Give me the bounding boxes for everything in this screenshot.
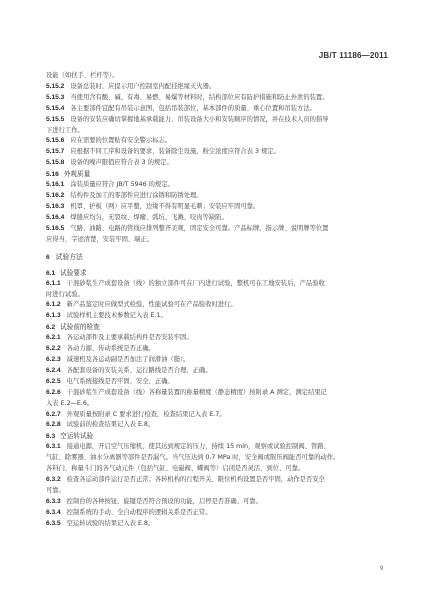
clause-line: 6.3.1接通电源，开启空气压缩机，使其达到规定的压力，持续 15 min，观察… (46, 442, 386, 453)
continuation-line: 各料门、称量斗门的各气动元件（包括气缸、电磁阀、蝶阀等）启闭是否灵活、到位、可靠… (46, 464, 386, 475)
clause-number: 6.3 (46, 431, 55, 442)
clause-number: 6.1.2 (46, 300, 61, 311)
clause-text: 各运动部件及主要承载结构件是否安装牢固。 (67, 334, 193, 341)
clause-line: 5.15.3当使用含有酸、碱、有毒、易燃、易爆等材料时，结构部位应有防护措施和防… (46, 93, 386, 104)
clause-number: 5.16.3 (46, 202, 64, 213)
clause-text: 入表 E.2—E.6。 (46, 400, 93, 407)
clause-number: 6.3.1 (46, 442, 61, 453)
clause-line: 6.2.7外观质量按附录 C 要求进行检查，检查结果记入表 E.7。 (46, 410, 386, 421)
clause-text: 应得当，字迹清楚，安装牢固、端正。 (46, 236, 153, 243)
page-number: 9 (380, 566, 383, 572)
clause-text: 减速机及各运动副是否加注了润滑油（脂）。 (67, 356, 190, 363)
clause-line: 5.16.1涂装质量应符合 JB/T 5946 的规定。 (46, 180, 386, 191)
clause-number: 6.3.2 (46, 475, 61, 486)
clause-text: 应根据不同工序和设备的要求，装备除尘设施，粉尘浓度应符合表 3 规定。 (70, 148, 280, 155)
clause-text: 接通电源，开启空气压缩机，使其达到规定的压力，持续 15 min，观察或试验控制… (67, 443, 330, 450)
clause-text: 各动力源、传动系统是否正确。 (67, 345, 155, 352)
clause-text: 控制系统的手动、全自动程序的逻辑关系是否正常。 (67, 509, 212, 516)
clause-line: 5.15.2设备总装时，应提示用户控制室内配挂绝缘灭火器。 (46, 82, 386, 93)
section-heading: 6.2试验前的检查 (46, 322, 386, 333)
clause-line: 5.16.2结构件及加工的零部件应进行涂锈和防锈处理。 (46, 191, 386, 202)
clause-line: 6.2.3减速机及各运动副是否加注了润滑油（脂）。 (46, 355, 386, 366)
section-heading: 6.1试验要求 (46, 268, 386, 279)
clause-line: 5.15.6应在需要的位置贴有安全警示标志。 (46, 136, 386, 147)
clause-line: 6.2.8试验前的检查结果记入表 E.8。 (46, 420, 386, 431)
clause-text: 检查各运动部件运行是否正常；各转机构的行程开关、限位机构设置是否牢固，动作是否安… (67, 476, 325, 483)
clause-text: 设能（如扶手、栏杆等）。 (46, 72, 118, 79)
clause-text: 电气系统接线是否牢固、安全、正确。 (67, 378, 174, 385)
clause-text: 气缸、除雾器、油水分离器等部件是否漏气。当气压达到 0.7 MPa 时，安全阀或… (46, 454, 339, 461)
chapter-heading: 6试验方法 (46, 252, 386, 263)
continuation-line: 下进行工作。 (46, 126, 386, 137)
clause-line: 6.3.4控制系统的手动、全自动程序的逻辑关系是否正常。 (46, 508, 386, 519)
clause-number: 6.2.3 (46, 355, 61, 366)
clause-line: 5.16.3机罩、护板（网）应平整，边缘不得有明显毛刺；安装应牢固可靠。 (46, 202, 386, 213)
clause-text: 设备的噪声限值应符合表 3 的规定。 (70, 159, 172, 166)
clause-text: 干混砂浆生产成套设备（线）的独立部件可在厂内进行试验，整机可在工地安装后，产品验… (67, 280, 325, 287)
continuation-line: 入表 E.2—E.6。 (46, 399, 386, 410)
clause-number: 5.15.7 (46, 147, 64, 158)
clause-text: 新产品鉴定时应做型式检验，性能试验可在产品验收时进行。 (67, 301, 237, 308)
clause-number: 5.16.2 (46, 191, 64, 202)
clause-number: 5.15.4 (46, 104, 64, 115)
clause-number: 6.1.3 (46, 311, 61, 322)
clause-text: 各主要部件宜配有吊装示意图，包括吊装部位、基本部件的质量、重心位置和吊装方法。 (70, 105, 316, 112)
clause-number: 5.15.8 (46, 158, 64, 169)
clause-line: 6.3.3控制台的各种按钮、旋键是否符合预设的功能，启停是否准确、可靠。 (46, 497, 386, 508)
clause-line: 6.1.3试验样机主要技术参数记入表 E.1。 (46, 311, 386, 322)
continuation-line: 设能（如扶手、栏杆等）。 (46, 71, 386, 82)
clause-number: 6.2.8 (46, 420, 61, 431)
clause-number: 6.2 (46, 322, 55, 333)
clause-line: 6.1.1干混砂浆生产成套设备（线）的独立部件可在厂内进行试验，整机可在工地安装… (46, 279, 386, 290)
clause-text: 试验要求 (60, 269, 86, 277)
section-heading: 6.3空运转试验 (46, 431, 386, 442)
clause-number: 6 (46, 252, 50, 263)
continuation-line: 可靠。 (46, 486, 386, 497)
clause-text: 焊缝应均匀，无裂纹、焊瘤、弧坑、飞溅、咬肉等缺陷。 (70, 214, 227, 221)
clause-text: 设备总装时，应提示用户控制室内配挂绝缘灭火器。 (70, 83, 215, 90)
clause-number: 6.2.6 (46, 388, 61, 399)
clause-line: 5.15.4各主要部件宜配有吊装示意图，包括吊装部位、基本部件的质量、重心位置和… (46, 104, 386, 115)
clause-text: 空运转试验的结果记入表 E.8。 (67, 520, 155, 527)
clause-text: 应在需要的位置贴有安全警示标志。 (70, 137, 171, 144)
clause-text: 机罩、护板（网）应平整，边缘不得有明显毛刺；安装应牢固可靠。 (70, 203, 259, 210)
clause-line: 6.1.2新产品鉴定时应做型式检验，性能试验可在产品验收时进行。 (46, 300, 386, 311)
clause-text: 试验方法 (56, 253, 83, 261)
continuation-line: 时进行试验。 (46, 290, 386, 301)
clause-line: 5.16.4焊缝应均匀，无裂纹、焊瘤、弧坑、飞溅、咬肉等缺陷。 (46, 213, 386, 224)
clause-number: 5.15.2 (46, 82, 64, 93)
standard-number-header: JB/T 11186—2011 (319, 51, 388, 60)
clause-number: 5.15.3 (46, 93, 64, 104)
clause-line: 5.16.5气路、油路、电路的管线应排列整齐美观，固定安全可靠。产品标牌、指示牌… (46, 224, 386, 235)
clause-text: 下进行工作。 (46, 127, 84, 134)
clause-line: 5.15.8设备的噪声限值应符合表 3 的规定。 (46, 158, 386, 169)
clause-text: 外观质量 (64, 170, 90, 178)
clause-text: 各配套设备的安装关系、运行路线是否合理、正确。 (67, 367, 212, 374)
clause-number: 5.16.1 (46, 180, 64, 191)
clause-text: 外观质量按附录 C 要求进行检查，检查结果记入表 E.7。 (67, 411, 226, 418)
clause-number: 5.15.5 (46, 115, 64, 126)
clause-number: 5.16.4 (46, 213, 64, 224)
clause-line: 5.15.7应根据不同工序和设备的要求，装备除尘设施，粉尘浓度应符合表 3 规定… (46, 147, 386, 158)
clause-text: 试验前的检查结果记入表 E.8。 (67, 421, 155, 428)
clause-text: 控制台的各种按钮、旋键是否符合预设的功能，启停是否准确、可靠。 (67, 498, 262, 505)
clause-line: 6.2.5电气系统接线是否牢固、安全、正确。 (46, 377, 386, 388)
clause-number: 6.2.2 (46, 344, 61, 355)
clause-line: 6.2.1各运动部件及主要承载结构件是否安装牢固。 (46, 333, 386, 344)
clause-number: 6.2.7 (46, 410, 61, 421)
clause-number: 6.3.4 (46, 508, 61, 519)
clause-text: 当使用含有酸、碱、有毒、易燃、易爆等材料时，结构部位应有防护措施和防止外泄的装置… (70, 94, 328, 101)
clause-line: 5.15.5设备的安装应确切掌握地基承载能力、吊装设备大小和安装顺序的情况，并在… (46, 115, 386, 126)
clause-line: 6.2.6干混砂浆生产成套设备（线）各称量装置的称量精度（静态精度）按附录 A … (46, 388, 386, 399)
section-heading: 5.16外观质量 (46, 169, 386, 180)
clause-number: 6.2.4 (46, 366, 61, 377)
clause-text: 各料门、称量斗门的各气动元件（包括气缸、电磁阀、蝶阀等）启闭是否灵活、到位、可靠… (46, 465, 304, 472)
clause-text: 结构件及加工的零部件应进行涂锈和防锈处理。 (70, 192, 202, 199)
clause-number: 6.3.5 (46, 519, 61, 530)
clause-text: 涂装质量应符合 JB/T 5946 的规定。 (70, 181, 173, 188)
continuation-line: 气缸、除雾器、油水分离器等部件是否漏气。当气压达到 0.7 MPa 时，安全阀或… (46, 453, 386, 464)
document-body: 设能（如扶手、栏杆等）。5.15.2设备总装时，应提示用户控制室内配挂绝缘灭火器… (46, 71, 386, 530)
clause-number: 6.2.5 (46, 377, 61, 388)
clause-line: 6.2.2各动力源、传动系统是否正确。 (46, 344, 386, 355)
clause-number: 6.1.1 (46, 279, 61, 290)
clause-number: 6.1 (46, 268, 55, 279)
clause-line: 6.2.4各配套设备的安装关系、运行路线是否合理、正确。 (46, 366, 386, 377)
document-page: JB/T 11186—2011 设能（如扶手、栏杆等）。5.15.2设备总装时，… (0, 0, 426, 600)
clause-text: 试验样机主要技术参数记入表 E.1。 (67, 312, 167, 319)
clause-text: 气路、油路、电路的管线应排列整齐美观，固定安全可靠。产品标牌、指示牌、说明牌等位… (70, 225, 328, 232)
clause-text: 干混砂浆生产成套设备（线）各称量装置的称量精度（静态精度）按附录 A 测定，测定… (67, 389, 327, 396)
clause-line: 6.3.5空运转试验的结果记入表 E.8。 (46, 519, 386, 530)
clause-text: 试验前的检查 (60, 323, 100, 331)
clause-number: 6.2.1 (46, 333, 61, 344)
clause-number: 5.16.5 (46, 224, 64, 235)
clause-number: 5.15.6 (46, 136, 64, 147)
clause-number: 5.16 (46, 169, 59, 180)
clause-line: 6.3.2检查各运动部件运行是否正常；各转机构的行程开关、限位机构设置是否牢固，… (46, 475, 386, 486)
continuation-line: 应得当，字迹清楚，安装牢固、端正。 (46, 235, 386, 246)
clause-text: 空运转试验 (60, 432, 93, 440)
clause-text: 可靠。 (46, 487, 65, 494)
clause-text: 设备的安装应确切掌握地基承载能力、吊装设备大小和安装顺序的情况，并在技术人员的指… (70, 116, 328, 123)
clause-number: 6.3.3 (46, 497, 61, 508)
clause-text: 时进行试验。 (46, 291, 84, 298)
